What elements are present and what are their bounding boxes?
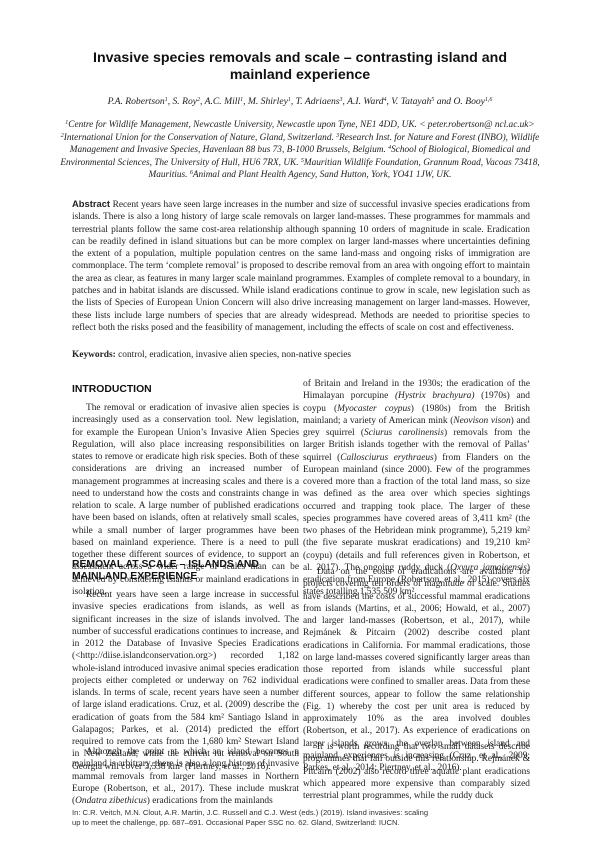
- paper-title: Invasive species removals and scale – co…: [60, 50, 540, 84]
- abstract: Abstract Recent years have seen large in…: [72, 198, 530, 334]
- author-list: P.A. Robertson1, S. Roy2, A.C. Mill1, M.…: [40, 96, 560, 107]
- author: V. Tatayah5: [391, 96, 434, 107]
- title-line-1: Invasive species removals and scale – co…: [60, 50, 540, 67]
- affiliation: International Union for the Conservation…: [64, 133, 334, 143]
- keywords-label: Keywords:: [72, 350, 116, 360]
- keywords: Keywords: control, eradication, invasive…: [72, 350, 530, 360]
- citation-footer: In: C.R. Veitch, M.N. Clout, A.R. Martin…: [72, 808, 532, 828]
- section-heading-removal-at-scale: REMOVAL AT SCALE – ISLANDS AND MAINLAND …: [72, 559, 299, 583]
- author: A.I. Ward4: [347, 96, 386, 107]
- title-line-2: mainland experience: [60, 67, 540, 84]
- author: T. Adriaens3: [296, 96, 343, 107]
- affiliation: Centre for Wildlife Management, Newcastl…: [68, 120, 534, 130]
- affiliation: Animal and Plant Health Agency, Sand Hut…: [193, 170, 452, 180]
- section-heading-introduction: INTRODUCTION: [72, 384, 299, 396]
- paper-page: Invasive species removals and scale – co…: [0, 0, 600, 849]
- author: O. Booy1,6: [453, 96, 492, 107]
- abstract-label: Abstract: [72, 198, 110, 209]
- outside-relationship-paragraph: It is worth recording that two small dat…: [303, 741, 530, 802]
- author: M. Shirley1: [248, 96, 291, 107]
- author: S. Roy2: [172, 96, 200, 107]
- author: P.A. Robertson1: [108, 96, 168, 107]
- affiliations: 1Centre for Wildlife Management, Newcast…: [58, 119, 542, 182]
- removal-paragraph-2: Although the point at which an island be…: [72, 746, 299, 807]
- author: A.C. Mill1: [205, 96, 243, 107]
- abstract-text: Recent years have seen large increases i…: [72, 200, 530, 333]
- keywords-text: control, eradication, invasive alien spe…: [116, 350, 351, 360]
